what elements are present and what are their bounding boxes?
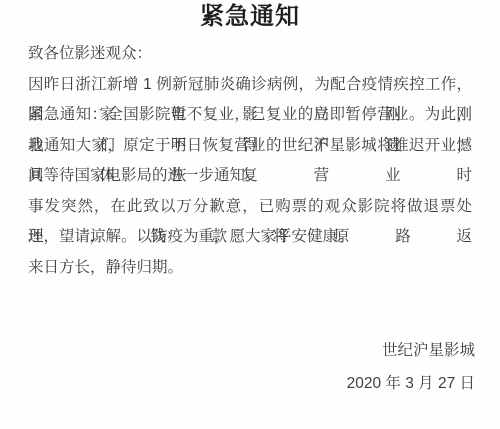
paragraph-1-line-1: 因昨日浙江新增 1 例新冠肺炎确诊病例，为配合疫情疾控工作，国家电影局刚刚 [28, 70, 472, 101]
signature-block: 世纪沪星影城 2020 年 3 月 27 日 [0, 334, 500, 400]
paragraph-1-line-2: 紧急通知：全国影院暂不复业，已复业的立即暂停营业。为此，我们不得不遗憾 [28, 100, 472, 131]
paragraph-3-line-1: 来日方长，静待归期。 [28, 253, 472, 284]
signature-date: 2020 年 3 月 27 日 [0, 367, 475, 400]
signature-cinema-name: 世纪沪星影城 [0, 334, 475, 367]
paragraph-1-line-3: 地通知大家，原定于明日恢复营业的世纪沪星影城将推迟开业，具体恢复营业时 [28, 131, 472, 162]
document-body: 致各位影迷观众： 因昨日浙江新增 1 例新冠肺炎确诊病例，为配合疫情疾控工作，国… [28, 39, 472, 283]
paragraph-2-line-1: 事发突然，在此致以万分歉意，已购票的观众影院将做退票处理，钱款将原路返 [28, 192, 472, 223]
notice-document: 紧急通知 致各位影迷观众： 因昨日浙江新增 1 例新冠肺炎确诊病例，为配合疫情疾… [0, 0, 500, 429]
document-title: 紧急通知 [0, 1, 500, 33]
salutation-line: 致各位影迷观众： [28, 39, 472, 70]
